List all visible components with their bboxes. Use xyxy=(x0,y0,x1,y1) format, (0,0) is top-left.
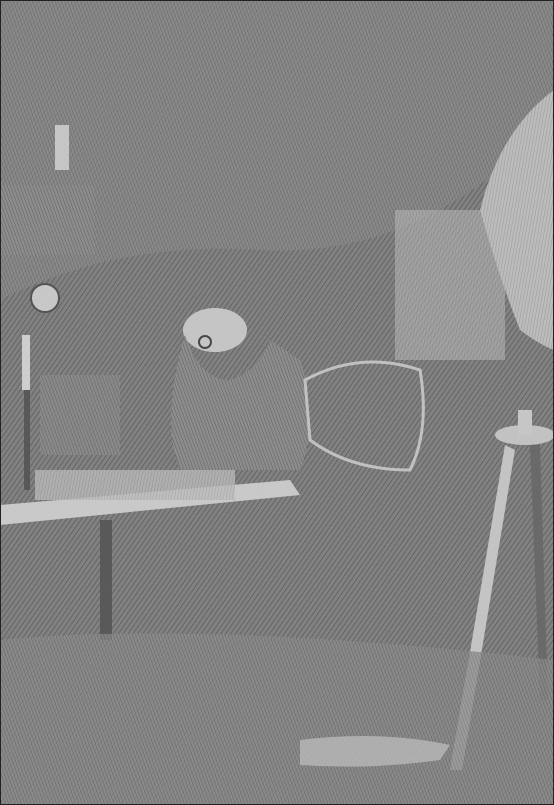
engraving-canvas xyxy=(0,0,554,805)
engraving-illustration xyxy=(0,0,554,805)
